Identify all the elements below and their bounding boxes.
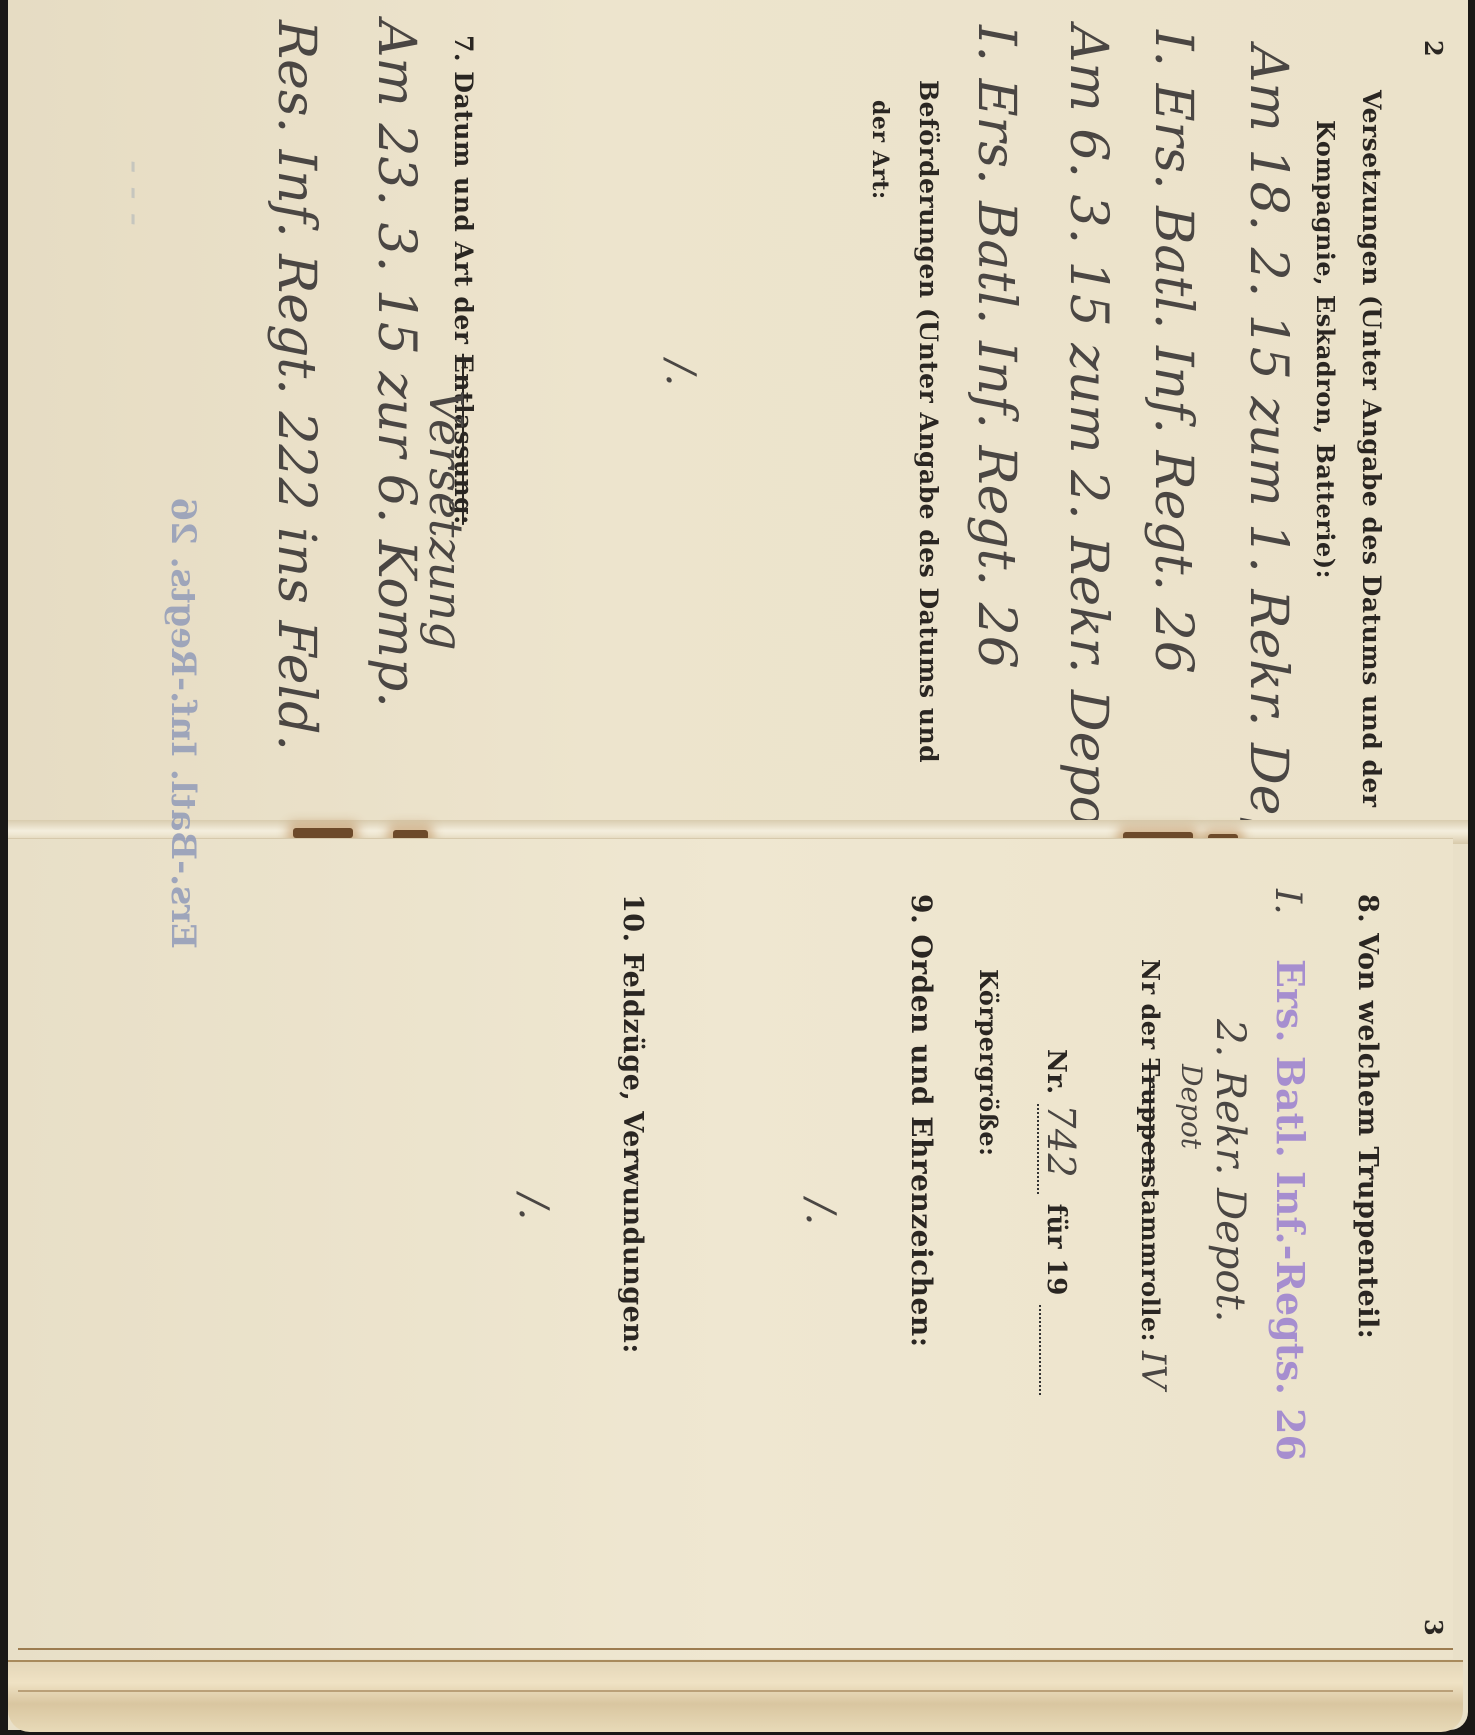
- blue-stamp: Ers.-Batl. Inf.-Regts. 26: [163, 498, 203, 949]
- stammrolle-value: IV: [1133, 1351, 1173, 1390]
- section-7-handwritten-replacement: Versetzung: [419, 390, 473, 650]
- nr-label: Nr.: [1041, 1049, 1071, 1095]
- stammrolle-handwritten-insert: Depot: [1175, 1064, 1208, 1149]
- stammrolle-prefix: Nr der: [1136, 959, 1165, 1050]
- befoerderungen-label-line1: Beförderungen (Unter Angabe des Datums u…: [914, 80, 943, 763]
- page-2: 2 Versetzungen (Unter Angabe des Datums …: [8, 0, 1468, 827]
- page-number-3: 3: [1419, 1619, 1448, 1636]
- page-edges: [8, 1660, 1463, 1732]
- page-number-2: 2: [1419, 40, 1448, 57]
- page-3: 8. Von welchem Truppenteil: I. Ers. Batl…: [8, 838, 1453, 1659]
- befoerderungen-value: /.: [657, 360, 703, 386]
- section-10-value: /.: [510, 1194, 556, 1220]
- page-border-line: [18, 1648, 1453, 1650]
- nr-value: 742: [1037, 1104, 1083, 1194]
- versetzung-entry-4: I. Ers. Batl. Inf. Regt. 26: [966, 25, 1026, 669]
- versetzungen-label-line1: Versetzungen (Unter Angabe des Datums un…: [1357, 90, 1386, 808]
- section-9-label: 9. Orden und Ehrenzeichen:: [905, 894, 938, 1348]
- staple-left: [293, 828, 353, 838]
- section-8-label: 8. Von welchem Truppenteil:: [1352, 894, 1383, 1339]
- stammrolle-suffix: stammrolle:: [1136, 1175, 1165, 1342]
- section-7-entry-2: Res. Inf. Regt. 222 ins Feld.: [266, 20, 326, 751]
- versetzung-entry-3: Am 6. 3. 15 zum 2. Rekr. Depot: [1058, 25, 1118, 848]
- section-7-entry-1: Am 23. 3. 15 zur 6. Komp.: [366, 20, 426, 708]
- military-passbook: 2 Versetzungen (Unter Angabe des Datums …: [8, 0, 1468, 1730]
- stammrolle-struck: Truppen: [1136, 1059, 1165, 1175]
- fuer-label: für 19: [1041, 1204, 1071, 1296]
- stammrolle-line: Nr der Truppenstammrolle: IV: [1133, 959, 1173, 1390]
- section-7-label-prefix: 7. Datum und Art der: [449, 35, 478, 344]
- versetzung-entry-1: Am 18. 2. 15 zum 1. Rekr. Depot: [1238, 45, 1298, 901]
- befoerderungen-label-line2: der Art:: [867, 100, 893, 200]
- section-8-stamp-prefix: I.: [1267, 889, 1308, 915]
- section-8-handwritten-line: 2. Rekr. Depot.: [1207, 1019, 1253, 1322]
- section-10-label: 10. Feldzüge, Verwundungen:: [617, 894, 648, 1354]
- versetzung-entry-2: I. Ers. Batl. Inf. Regt. 26: [1143, 30, 1203, 674]
- section-8-violet-stamp: Ers. Batl. Inf.-Regts. 26: [1268, 959, 1313, 1461]
- nr-line: Nr. 742 für 19: [1037, 1049, 1083, 1395]
- versetzungen-label-line2: Kompagnie, Eskadron, Batterie):: [1311, 120, 1340, 579]
- bleed-through-mark: - - -: [112, 160, 158, 226]
- section-9-value: /.: [797, 1199, 843, 1225]
- koerpergroesse-label: Körpergröße:: [974, 969, 1003, 1156]
- fuer-year-blank: [1039, 1305, 1071, 1395]
- page-edge-line: [18, 1690, 1453, 1692]
